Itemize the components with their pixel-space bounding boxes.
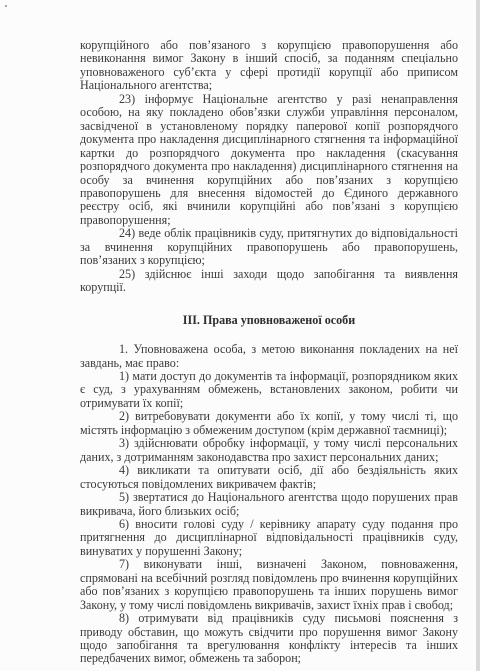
right-item-4: 4) викликати та опитувати осіб, дії або … (80, 464, 458, 491)
paragraph-item-24: 24) веде облік працівників суду, притягн… (80, 227, 458, 267)
page-edge-shadow (476, 0, 480, 671)
paragraph-item-25: 25) здійснює інші заходи щодо запобіганн… (80, 268, 458, 295)
document-body: корупційного або пов’язаного з корупцією… (80, 39, 458, 666)
right-item-3: 3) здійснювати обробку інформації, у том… (80, 437, 458, 464)
scan-speck (5, 5, 7, 7)
right-item-2: 2) витребовувати документи або їх копії,… (80, 410, 458, 437)
paragraph-item-23: 23) інформує Національне агентство у раз… (80, 93, 458, 228)
right-item-5: 5) звертатися до Національного агентства… (80, 491, 458, 518)
paragraph-continuation: корупційного або пов’язаного з корупцією… (80, 39, 458, 93)
right-item-6: 6) вносити голові суду / керівнику апара… (80, 518, 458, 558)
right-item-7: 7) виконувати інші, визначені Законом, п… (80, 558, 458, 612)
section-intro: 1. Уповноважена особа, з метою виконання… (80, 343, 458, 370)
section-heading: III. Права уповноваженої особи (80, 314, 458, 327)
right-item-1: 1) мати доступ до документів та інформац… (80, 370, 458, 410)
right-item-8: 8) отримувати від працівників суду письм… (80, 612, 458, 666)
document-page: корупційного або пов’язаного з корупцією… (0, 0, 476, 671)
